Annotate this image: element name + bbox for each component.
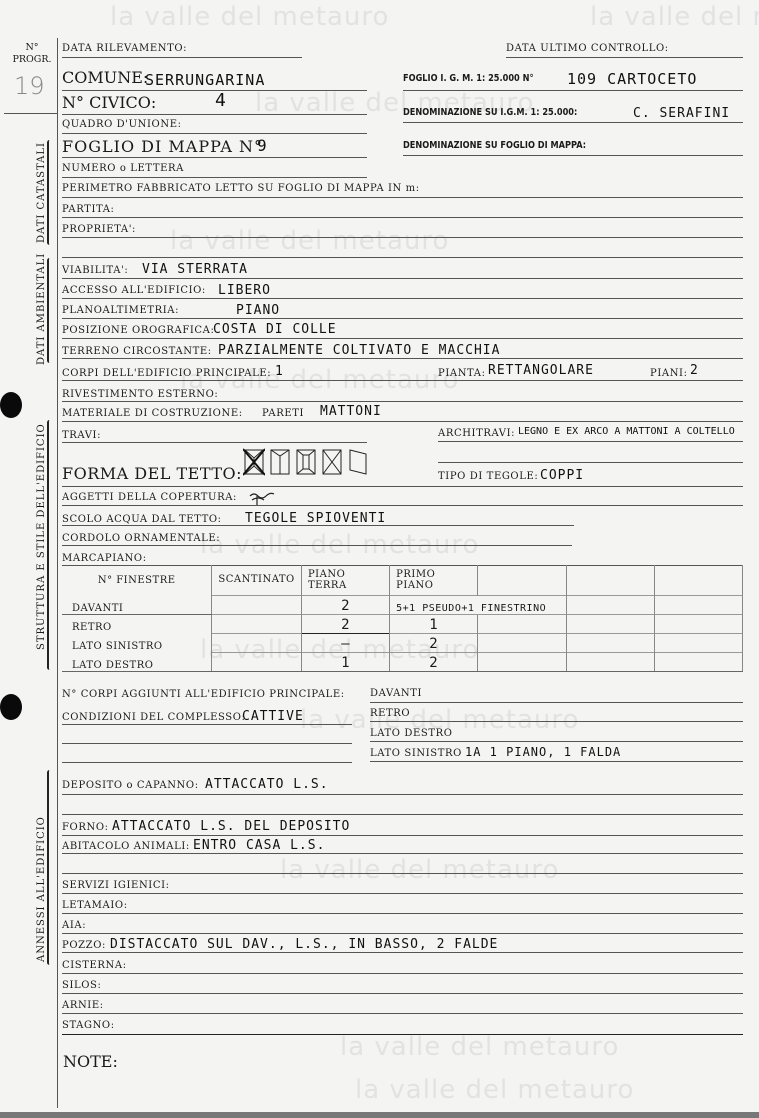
survey-form-page: la valle del metauro la valle del metaur… [0, 0, 759, 1118]
header-scantinato: SCANTINATO [212, 565, 302, 595]
stagno-field[interactable] [62, 1034, 743, 1035]
binder-hole [0, 694, 22, 720]
davanti-label: DAVANTI [370, 688, 422, 699]
roof-padiglione-icon[interactable] [243, 448, 265, 476]
abitacolo-value[interactable]: ENTRO CASA L.S. [193, 838, 325, 853]
header-extra [566, 565, 654, 595]
pianta-label: PIANTA: [438, 368, 486, 379]
note-label: NOTE: [63, 1052, 118, 1071]
finestre-table: N° FINESTRE SCANTINATO PIANO TERRA PRIMO… [62, 565, 743, 672]
arnie-field[interactable] [62, 1013, 743, 1014]
davanti-field[interactable] [370, 702, 743, 703]
rivestimento-label: RIVESTIMENTO ESTERNO: [62, 389, 218, 400]
roof-doppia-icon[interactable] [295, 448, 317, 476]
field-line [62, 505, 743, 506]
comune-label: COMUNE: [62, 68, 148, 87]
accesso-value[interactable]: LIBERO [218, 283, 271, 298]
cell[interactable] [654, 633, 742, 652]
roof-capanna-icon[interactable] [269, 448, 291, 476]
corpi-aggiunti-label: N° CORPI AGGIUNTI ALL'EDIFICIO PRINCIPAL… [62, 689, 345, 700]
field-line [62, 853, 743, 854]
data-rilevamento-field[interactable] [62, 57, 302, 58]
header-extra [478, 565, 566, 595]
field-line [62, 743, 352, 744]
architravi-value[interactable]: LEGNO E EX ARCO A MATTONI A COLTELLO [518, 426, 735, 437]
field-line [62, 298, 743, 299]
field-line [62, 114, 367, 115]
civico-label: N° CIVICO: [62, 93, 156, 112]
cell[interactable]: 5+1 PSEUDO+1 FINESTRINO [390, 595, 566, 614]
scolo-value[interactable]: TEGOLE SPIOVENTI [245, 511, 386, 526]
materiale-label: MATERIALE DI COSTRUZIONE: [62, 408, 243, 419]
architravi-label: ARCHITRAVI: [438, 428, 515, 439]
condizioni-label: CONDIZIONI DEL COMPLESSO: [62, 712, 246, 723]
tipo-tegole-value[interactable]: COPPI [540, 468, 584, 483]
table-row: LATO SINISTRO — 2 [62, 633, 743, 652]
field-line [62, 952, 743, 953]
partita-label: PARTITA: [62, 204, 115, 215]
prog-label: N° PROGR. [8, 42, 56, 66]
letamaio-field[interactable] [62, 913, 743, 914]
scolo-label: SCOLO ACQUA DAL TETTO: [62, 514, 222, 525]
data-ultimo-controllo-label: DATA ULTIMO CONTROLLO: [506, 43, 669, 54]
comune-value[interactable]: SERRUNGARINA [145, 71, 265, 89]
cell[interactable] [478, 652, 566, 671]
cell[interactable]: 2 [390, 652, 478, 671]
cell[interactable] [566, 652, 654, 671]
silos-field[interactable] [62, 993, 743, 994]
abitacolo-label: ABITACOLO ANIMALI: [62, 841, 190, 852]
cell[interactable] [478, 614, 566, 633]
denom-foglio-field[interactable] [403, 155, 743, 156]
pozzo-label: POZZO: [62, 940, 106, 951]
forno-label: FORNO: [62, 822, 109, 833]
cell[interactable]: 2 [390, 633, 478, 652]
cell[interactable]: 1 [390, 614, 478, 633]
denom-foglio-label: DENOMINAZIONE SU FOGLIO DI MAPPA: [403, 140, 586, 151]
servizi-field[interactable] [62, 893, 743, 894]
deposito-label: DEPOSITO o CAPANNO: [62, 780, 199, 791]
cordolo-field[interactable] [62, 545, 572, 546]
retro-field[interactable] [370, 721, 743, 722]
servizi-label: SERVIZI IGIENICI: [62, 880, 170, 891]
viabilita-value[interactable]: VIA STERRATA [142, 262, 248, 277]
watermark: la valle del metauro [170, 226, 449, 256]
forma-tetto-label: FORMA DEL TETTO: [62, 464, 242, 483]
section-label-annessi: ANNESSI ALL'EDIFICIO [36, 816, 47, 962]
aggetti-label: AGGETTI DELLA COPERTURA: [62, 492, 237, 503]
retro-label: RETRO [370, 708, 410, 719]
posizione-label: POSIZIONE OROGRAFICA: [62, 325, 214, 336]
field-line [62, 421, 743, 422]
margin-rule [57, 38, 58, 1108]
cell[interactable]: — [301, 633, 389, 652]
aia-label: AIA: [62, 920, 86, 931]
quadro-unione-label: QUADRO D'UNIONE: [62, 119, 182, 130]
field-line [62, 157, 367, 158]
cisterna-label: CISTERNA: [62, 960, 127, 971]
field-line [62, 278, 743, 279]
letamaio-label: LETAMAIO: [62, 900, 128, 911]
row-label: LATO SINISTRO [62, 633, 212, 652]
travi-label: TRAVI: [62, 430, 101, 441]
field-line [62, 486, 743, 487]
proprieta-field[interactable] [62, 237, 743, 238]
corpi-edificio-label: CORPI DELL'EDIFICIO PRINCIPALE: [62, 368, 271, 379]
field-line [438, 441, 743, 442]
cell[interactable] [654, 652, 742, 671]
watermark: la valle del metauro [280, 855, 559, 885]
section-brace [47, 770, 52, 965]
cell[interactable] [212, 633, 302, 652]
cell[interactable] [566, 595, 654, 614]
field-line [62, 338, 743, 339]
header-finestre: N° FINESTRE [62, 565, 212, 595]
lato-destro-field[interactable] [370, 741, 743, 742]
marcapiano-label: MARCAPIANO: [62, 553, 147, 564]
tipo-tegole-label: TIPO DI TEGOLE: [438, 471, 538, 482]
field-line [438, 462, 743, 463]
cell[interactable] [212, 614, 302, 633]
header-extra [654, 565, 742, 595]
prog-value[interactable]: 19 [14, 72, 45, 100]
pareti-label: PARETI [262, 408, 304, 419]
table-row: DAVANTI 2 5+1 PSEUDO+1 FINESTRINO [62, 595, 743, 614]
data-rilevamento-label: DATA RILEVAMENTO: [62, 43, 187, 54]
header-primo-piano: PRIMO PIANO [390, 565, 478, 595]
proprieta-label: PROPRIETA': [62, 224, 136, 235]
section-brace [47, 258, 52, 363]
cell[interactable] [212, 595, 302, 614]
planoaltimetria-value[interactable]: PIANO [236, 303, 280, 318]
accesso-label: ACCESSO ALL'EDIFICIO: [62, 285, 206, 296]
lato-sinistro-value[interactable]: 1A 1 PIANO, 1 FALDA [465, 745, 621, 759]
field-line [62, 762, 352, 763]
posizione-value[interactable]: COSTA DI COLLE [213, 322, 337, 337]
row-label: RETRO [62, 614, 212, 633]
cell[interactable]: 1 [301, 652, 389, 671]
stagno-label: STAGNO: [62, 1020, 115, 1031]
cell[interactable]: 2 [301, 614, 389, 633]
cell[interactable] [654, 595, 742, 614]
cell[interactable] [654, 614, 742, 633]
field-line [62, 794, 743, 795]
page-bottom-edge [0, 1112, 759, 1118]
data-ultimo-controllo-field[interactable] [506, 57, 743, 58]
divider [4, 113, 57, 114]
table-row: LATO DESTRO 1 2 [62, 652, 743, 671]
field-line [62, 873, 743, 874]
cordolo-label: CORDOLO ORNAMENTALE: [62, 533, 220, 544]
cisterna-field[interactable] [62, 973, 743, 974]
pozzo-value[interactable]: DISTACCATO SUL DAV., L.S., IN BASSO, 2 F… [110, 937, 498, 952]
cell[interactable] [566, 614, 654, 633]
quadro-unione-field[interactable] [62, 133, 367, 134]
terreno-label: TERRENO CIRCOSTANTE: [62, 346, 212, 357]
roof-shape-options [243, 448, 369, 476]
section-brace [47, 140, 52, 245]
denom-igm-label: DENOMINAZIONE SU I.G.M. 1: 25.000: [403, 107, 577, 118]
roof-quattro-falde-icon[interactable] [321, 448, 343, 476]
civico-value[interactable]: 4 [215, 90, 227, 111]
section-brace [47, 420, 52, 670]
piani-value[interactable]: 2 [690, 363, 699, 378]
lato-sinistro-label: LATO SINISTRO [370, 748, 462, 759]
section-label-catastali: DATI CATASTALI [36, 142, 47, 243]
silos-label: SILOS: [62, 980, 101, 991]
denom-igm-value[interactable]: C. SERAFINI [633, 106, 730, 121]
viabilita-label: VIABILITA': [62, 265, 128, 276]
pareti-value[interactable]: MATTONI [320, 404, 382, 419]
rivestimento-field[interactable] [62, 401, 743, 402]
cell[interactable] [212, 652, 302, 671]
cell[interactable] [478, 633, 566, 652]
watermark: la valle del metauro [340, 1032, 619, 1062]
binder-hole [0, 392, 22, 418]
field-line [62, 724, 352, 725]
condizioni-value[interactable]: CATTIVE [242, 709, 304, 724]
row-label: DAVANTI [62, 595, 212, 614]
field-line [403, 90, 743, 91]
lato-destro-label: LATO DESTRO [370, 728, 453, 739]
watermark: la valle del metauro [590, 2, 759, 32]
aggetti-sketch-icon [248, 490, 278, 506]
foglio-mappa-value[interactable]: 9 [257, 136, 268, 155]
deposito-value[interactable]: ATTACCATO L.S. [205, 777, 329, 792]
travi-field[interactable] [62, 442, 367, 443]
terreno-value[interactable]: PARZIALMENTE COLTIVATO E MACCHIA [218, 343, 500, 358]
perimetro-label: PERIMETRO FABBRICATO LETTO SU FOGLIO DI … [62, 183, 420, 194]
section-label-ambientali: DATI AMBIENTALI [36, 253, 47, 365]
field-line [370, 761, 743, 762]
watermark: la valle del metauro [110, 2, 389, 32]
field-line [62, 525, 574, 526]
header-piano-terra: PIANO TERRA [301, 565, 389, 595]
numero-lettera-field[interactable] [62, 177, 367, 178]
foglio-igm-value[interactable]: 109 CARTOCETO [567, 70, 697, 88]
aia-field[interactable] [62, 933, 743, 934]
field-line [62, 814, 743, 815]
table-header-row: N° FINESTRE SCANTINATO PIANO TERRA PRIMO… [62, 565, 743, 595]
field-line [403, 122, 743, 123]
row-label: LATO DESTRO [62, 652, 212, 671]
field-line [62, 835, 743, 836]
planoaltimetria-label: PLANOALTIMETRIA: [62, 305, 179, 316]
piani-label: PIANI: [650, 368, 688, 379]
section-label-struttura: STRUTTURA E STILE DELL'EDIFICIO [36, 423, 47, 650]
foglio-mappa-label: FOGLIO DI MAPPA N° [62, 137, 263, 156]
roof-una-falda-icon[interactable] [347, 448, 369, 476]
field-line [62, 380, 743, 381]
pianta-value[interactable]: RETTANGOLARE [488, 363, 594, 378]
partita-field[interactable] [62, 217, 743, 218]
field-line [62, 318, 743, 319]
forno-value[interactable]: ATTACCATO L.S. DEL DEPOSITO [112, 819, 350, 834]
field-line [62, 358, 743, 359]
corpi-edificio-value[interactable]: 1 [275, 364, 284, 379]
field-line [62, 257, 743, 258]
numero-lettera-label: NUMERO o LETTERA [62, 163, 184, 174]
table-row: RETRO 2 1 [62, 614, 743, 633]
foglio-igm-label: FOGLIO I. G. M. 1: 25.000 N° [403, 73, 534, 84]
cell[interactable]: 2 [301, 595, 389, 614]
arnie-label: ARNIE: [62, 1000, 104, 1011]
cell[interactable] [566, 633, 654, 652]
perimetro-field[interactable] [62, 197, 743, 198]
note-field[interactable] [62, 1070, 743, 1106]
